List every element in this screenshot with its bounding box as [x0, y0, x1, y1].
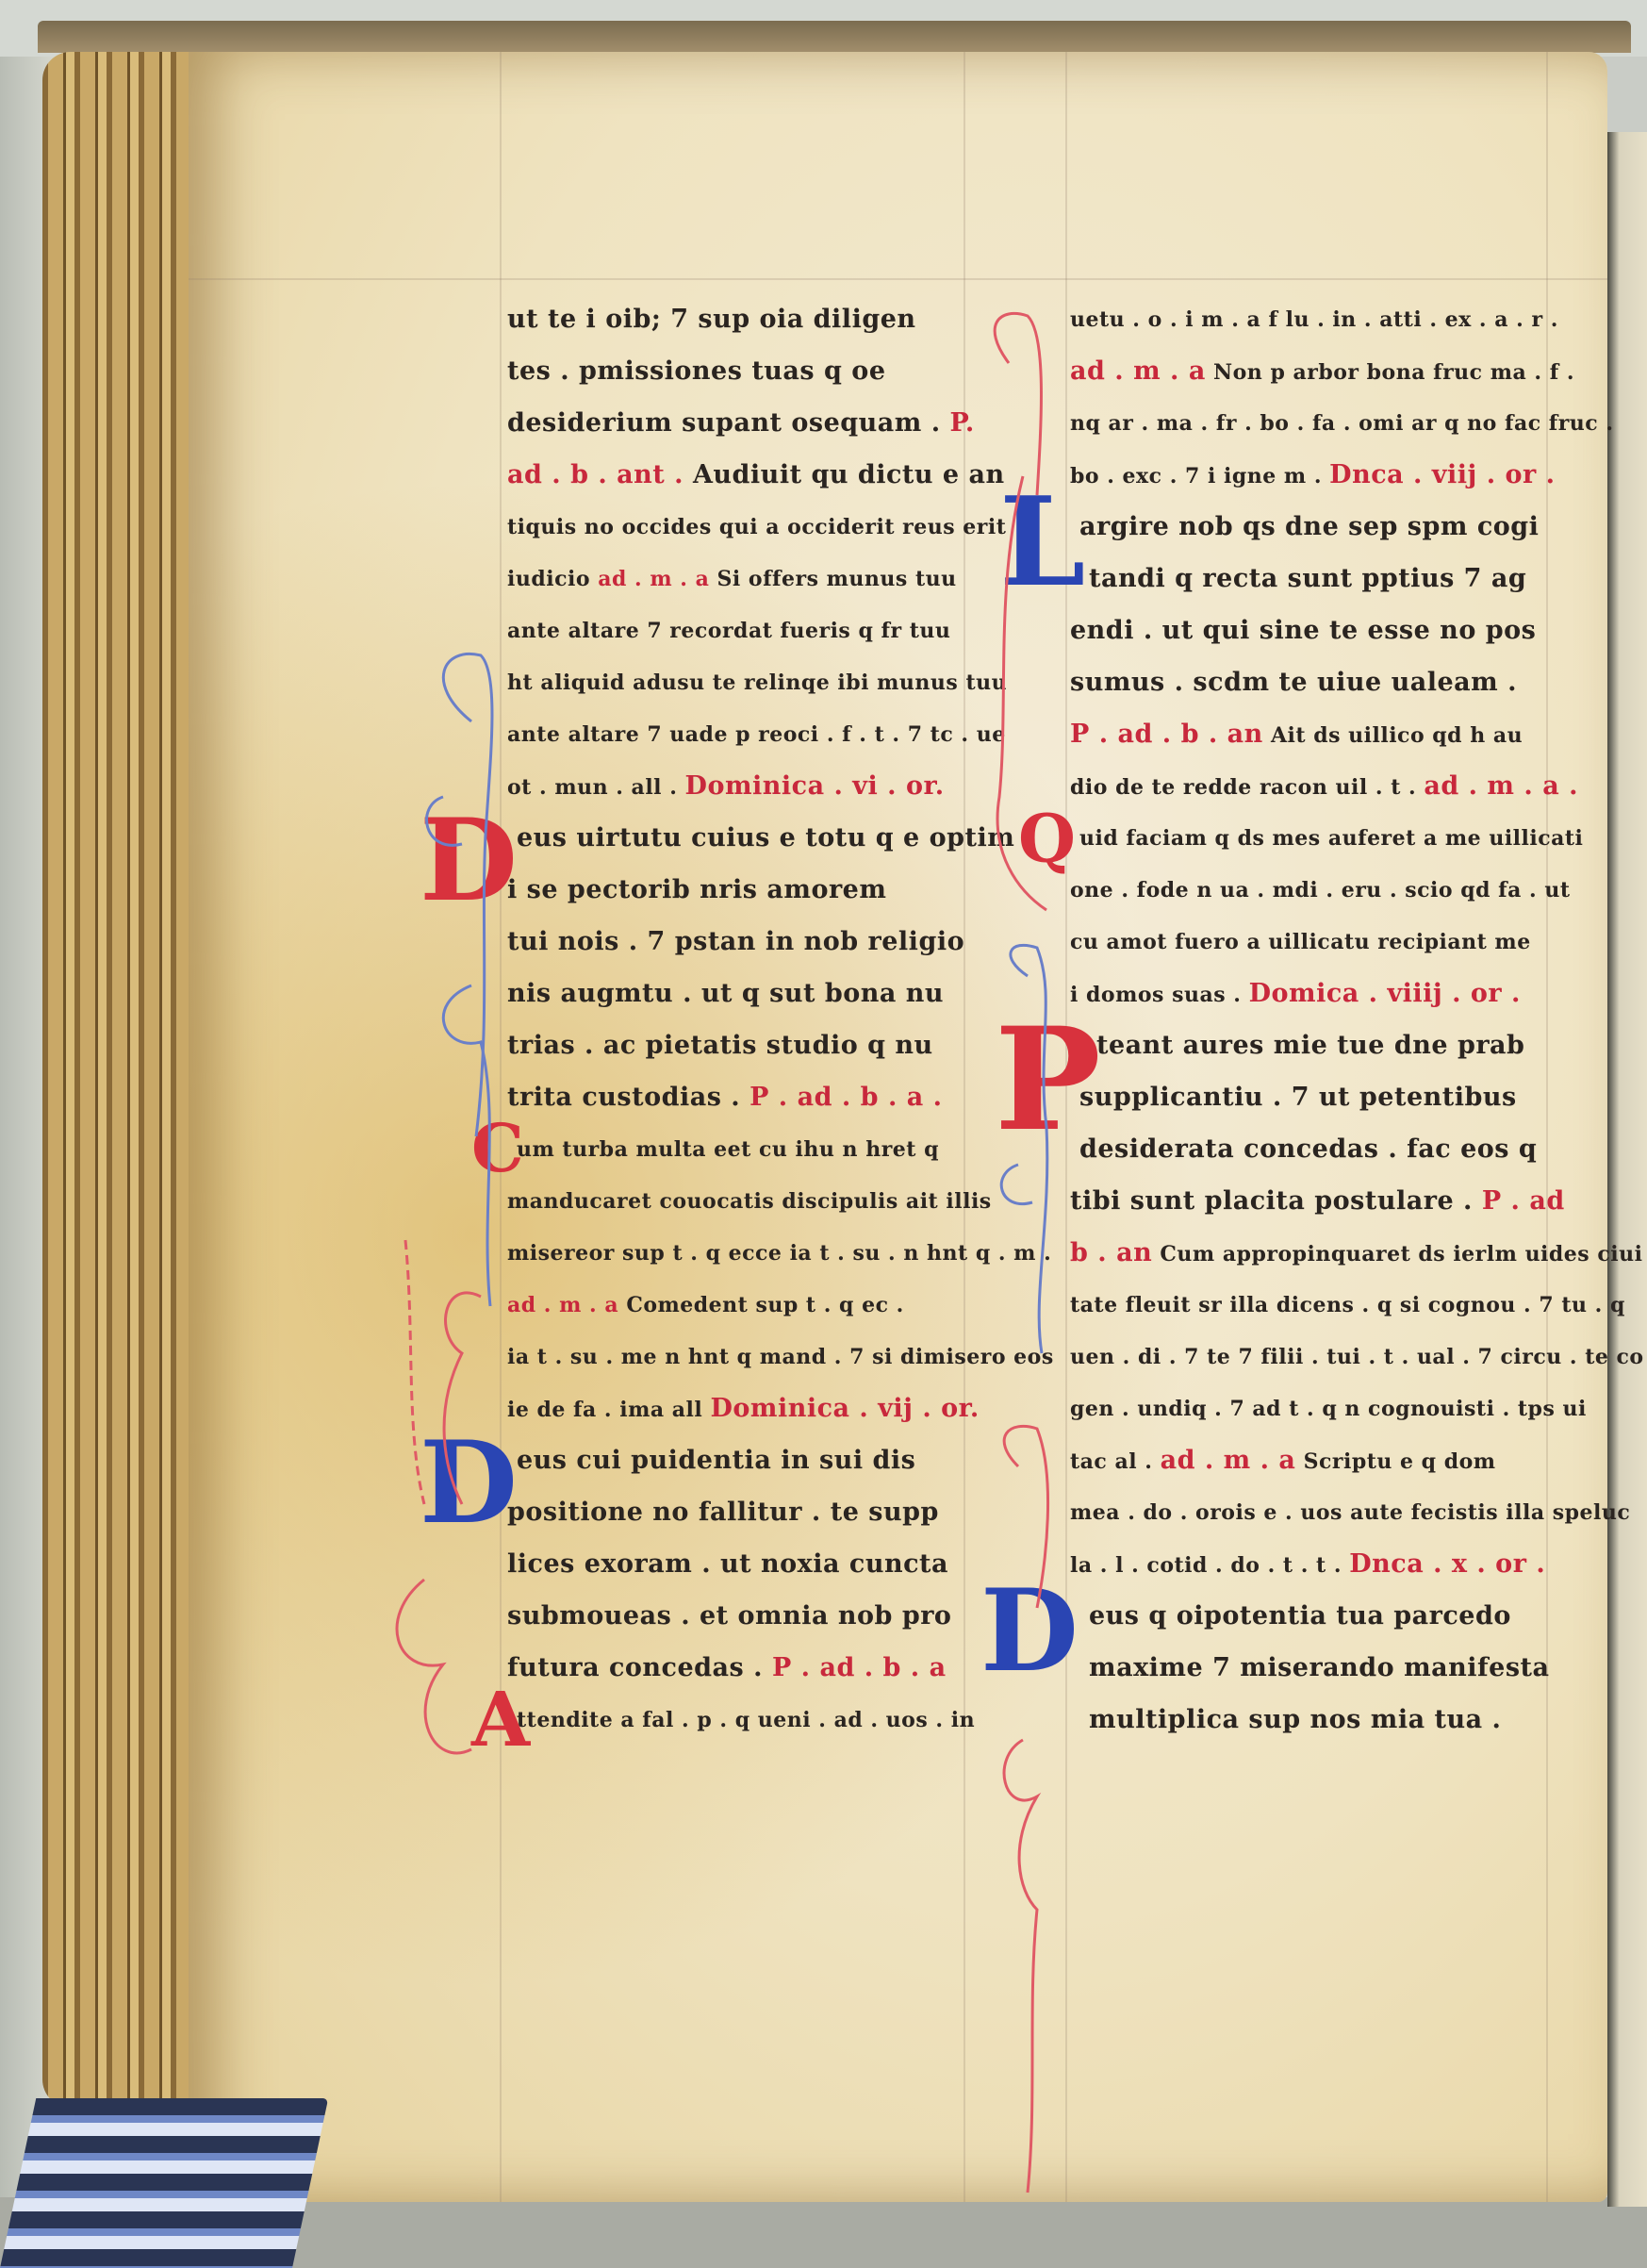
text-line: uid faciam q ds mes auferet a me uillica…: [1079, 818, 1583, 859]
text-line: um turba multa eet cu ihu n hret q: [517, 1129, 939, 1170]
penwork-flourish-right-blue: [980, 938, 1065, 1363]
penwork-flourish-right-red-bottom: [980, 1419, 1065, 2202]
text-line: maxime 7 miserando manifesta: [1089, 1647, 1550, 1689]
text-line: lices exoram . ut noxia cuncta: [507, 1544, 948, 1585]
text-line: positione no fallitur . te supp: [507, 1492, 939, 1533]
text-line: ht aliquid adusu te relinqe ibi munus tu…: [507, 662, 1007, 704]
text-line: uen . di . 7 te 7 filii . tui . t . ual …: [1070, 1336, 1644, 1378]
text-line: misereor sup t . q ecce ia t . su . n hn…: [507, 1233, 1051, 1274]
text-line: tiquis no occides qui a occiderit reus e…: [507, 506, 1006, 548]
manuscript-page: ut te i oib; 7 sup oia diligen tes . pmi…: [189, 52, 1607, 2202]
penwork-flourish-right-red-top: [980, 306, 1065, 967]
text-line: i domos suas . Domica . viiij . or .: [1070, 973, 1521, 1015]
text-line: trita custodias . P . ad . b . a .: [507, 1077, 943, 1118]
text-line: ad . m . a Comedent sup t . q ec .: [507, 1284, 904, 1326]
text-line: manducaret couocatis discipulis ait illi…: [507, 1181, 992, 1222]
text-line: endi . ut qui sine te esse no pos: [1070, 610, 1536, 652]
text-line: ttendite a fal . p . q ueni . ad . uos .…: [517, 1699, 975, 1741]
text-line: i se pectorib nris amorem: [507, 869, 886, 911]
text-line: tibi sunt placita postulare . P . ad: [1070, 1181, 1565, 1222]
text-line: ia t . su . me n hnt q mand . 7 si dimis…: [507, 1336, 1054, 1378]
text-line: mea . do . orois e . uos aute fecistis i…: [1070, 1492, 1630, 1533]
text-line: bo . exc . 7 i igne m . Dnca . viij . or…: [1070, 455, 1556, 496]
text-line: nis augmtu . ut q sut bona nu: [507, 973, 944, 1015]
text-line: multiplica sup nos mia tua .: [1089, 1699, 1501, 1741]
text-line: eus q oipotentia tua parcedo: [1089, 1596, 1511, 1637]
text-line: ante altare 7 recordat fueris q fr tuu: [507, 610, 950, 652]
text-line: tes . pmissiones tuas q oe: [507, 351, 886, 392]
penwork-flourish-left-red: [349, 1221, 509, 1787]
text-line: ot . mun . all . Dominica . vi . or.: [507, 766, 945, 807]
text-line: tandi q recta sunt pptius 7 ag: [1089, 558, 1526, 600]
text-line: nq ar . ma . fr . bo . fa . omi ar q no …: [1070, 403, 1614, 444]
text-line: dio de te redde racon uil . t . ad . m .…: [1070, 766, 1578, 807]
text-line: ad . b . ant . Audiuit qu dictu e an: [507, 455, 1005, 496]
text-line: one . fode n ua . mdi . eru . scio qd fa…: [1070, 869, 1571, 911]
text-line: ad . m . a Non p arbor bona fruc ma . f …: [1070, 351, 1574, 392]
text-line: eus uirtutu cuius e totu q e optim: [517, 818, 1014, 859]
text-line: ut te i oib; 7 sup oia diligen: [507, 299, 916, 340]
text-line: tui nois . 7 pstan in nob religio: [507, 921, 964, 963]
page-fore-edges: [42, 52, 198, 2108]
text-line: submoueas . et omnia nob pro: [507, 1596, 951, 1637]
text-line: argire nob qs dne sep spm cogi: [1079, 506, 1539, 548]
text-line: sumus . scdm te uiue ualeam .: [1070, 662, 1517, 704]
text-line: iudicio ad . m . a Si offers munus tuu: [507, 558, 957, 600]
text-line: la . l . cotid . do . t . t . Dnca . x .…: [1070, 1544, 1545, 1585]
text-line: uetu . o . i m . a f lu . in . atti . ex…: [1070, 299, 1558, 340]
text-line: b . an Cum appropinquaret ds ierlm uides…: [1070, 1233, 1642, 1274]
ruling-vertical-mid1: [963, 52, 965, 2202]
book-cover-top-edge: [38, 21, 1631, 53]
text-line: cu amot fuero a uillicatu recipiant me: [1070, 921, 1531, 963]
text-line: tac al . ad . m . a Scriptu e q dom: [1070, 1440, 1496, 1482]
text-line: tate fleuit sr illa dicens . q si cognou…: [1070, 1284, 1625, 1326]
book-clamp: [0, 2098, 328, 2268]
text-line: trias . ac pietatis studio q nu: [507, 1025, 933, 1067]
text-line: ateant aures mie tue dne prab: [1079, 1025, 1524, 1067]
text-line: ante altare 7 uade p reoci . f . t . 7 t…: [507, 714, 1006, 755]
ruling-horizontal-top: [189, 278, 1607, 280]
text-line: gen . undiq . 7 ad t . q n cognouisti . …: [1070, 1388, 1587, 1430]
text-line: futura concedas . P . ad . b . a: [507, 1647, 947, 1689]
text-line: supplicantiu . 7 ut petentibus: [1079, 1077, 1517, 1118]
text-line: ie de fa . ima all Dominica . vij . or.: [507, 1388, 980, 1430]
text-line: P . ad . b . an Ait ds uillico qd h au: [1070, 714, 1523, 755]
text-line: desiderium supant osequam . P.: [507, 403, 975, 444]
text-line: eus cui puidentia in sui dis: [517, 1440, 915, 1482]
text-line: desiderata concedas . fac eos q: [1079, 1129, 1537, 1170]
